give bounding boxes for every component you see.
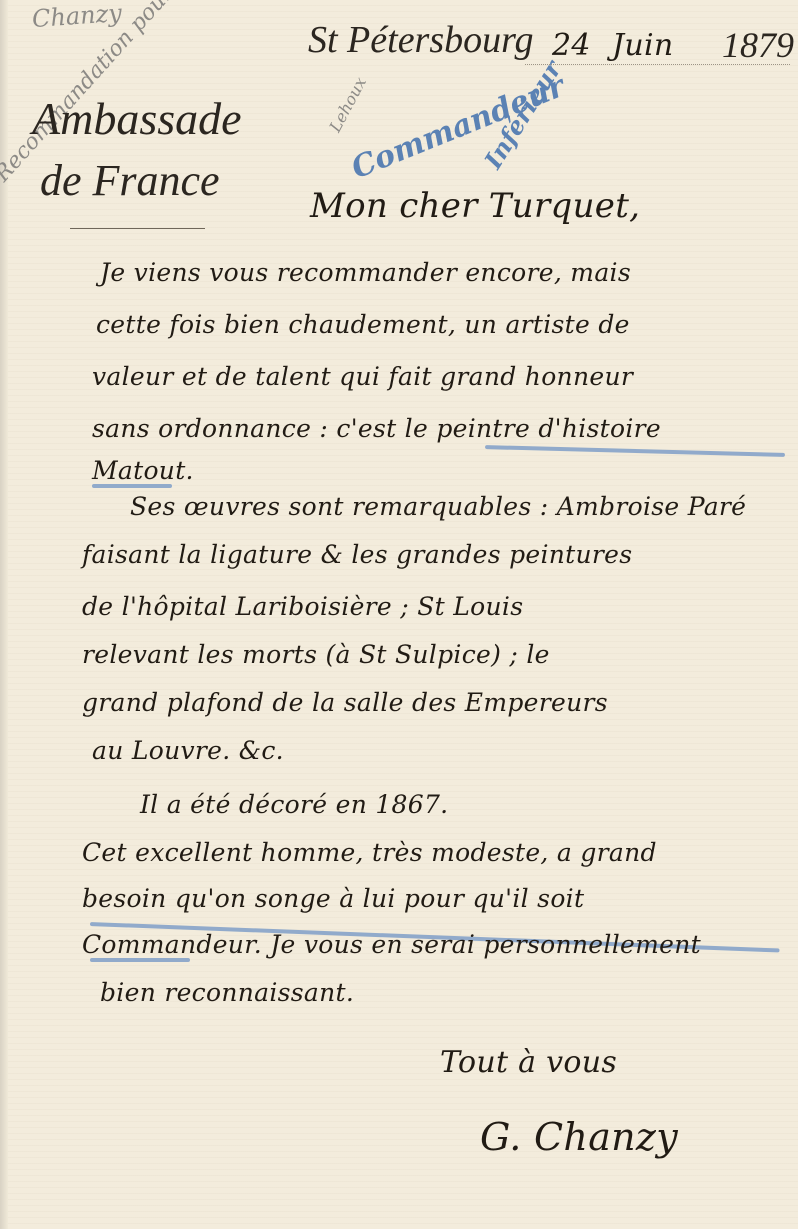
body-line: Ses œuvres sont remarquables : Ambroise …: [130, 492, 746, 521]
date-year: 1879: [722, 24, 794, 66]
body-line: au Louvre. &c.: [92, 736, 284, 765]
pencil-annotation-name: Chanzy: [31, 0, 123, 33]
body-line: valeur et de talent qui fait grand honne…: [92, 362, 633, 391]
body-line: relevant les morts (à St Sulpice) ; le: [82, 640, 550, 669]
blue-underline: [485, 445, 785, 457]
body-line: de l'hôpital Lariboisière ; St Louis: [82, 592, 523, 621]
body-line: Je viens vous recommander encore, mais: [100, 258, 631, 287]
signature: G. Chanzy: [480, 1115, 678, 1159]
body-line: cette fois bien chaudement, un artiste d…: [96, 310, 630, 339]
body-line: sans ordonnance : c'est le peintre d'his…: [92, 414, 661, 443]
body-line: bien reconnaissant.: [100, 978, 354, 1007]
date-day: 24: [552, 28, 591, 63]
body-line: grand plafond de la salle des Empereurs: [82, 688, 608, 717]
body-line: Matout.: [92, 456, 194, 485]
body-line: Cet excellent homme, très modeste, a gra…: [82, 838, 657, 867]
date-month: Juin: [612, 28, 673, 63]
body-line: besoin qu'on songe à lui pour qu'il soit: [82, 884, 584, 913]
letterhead-ambassade: Ambassade: [32, 92, 242, 145]
blue-underline: [92, 484, 172, 488]
body-line: Commandeur. Je vous en serai personnelle…: [82, 930, 701, 959]
body-line: Il a été décoré en 1867.: [140, 790, 448, 819]
closing-line: Tout à vous: [440, 1045, 617, 1080]
letterhead-de-france: de France: [40, 155, 220, 206]
salutation: Mon cher Turquet,: [310, 186, 640, 226]
blue-underline: [90, 958, 190, 962]
body-line: faisant la ligature & les grandes peintu…: [82, 540, 632, 569]
place-header: St Pétersbourg: [308, 18, 534, 62]
pencil-annotation-small: Lehoux: [325, 74, 370, 135]
letterhead-rule: [70, 228, 205, 229]
